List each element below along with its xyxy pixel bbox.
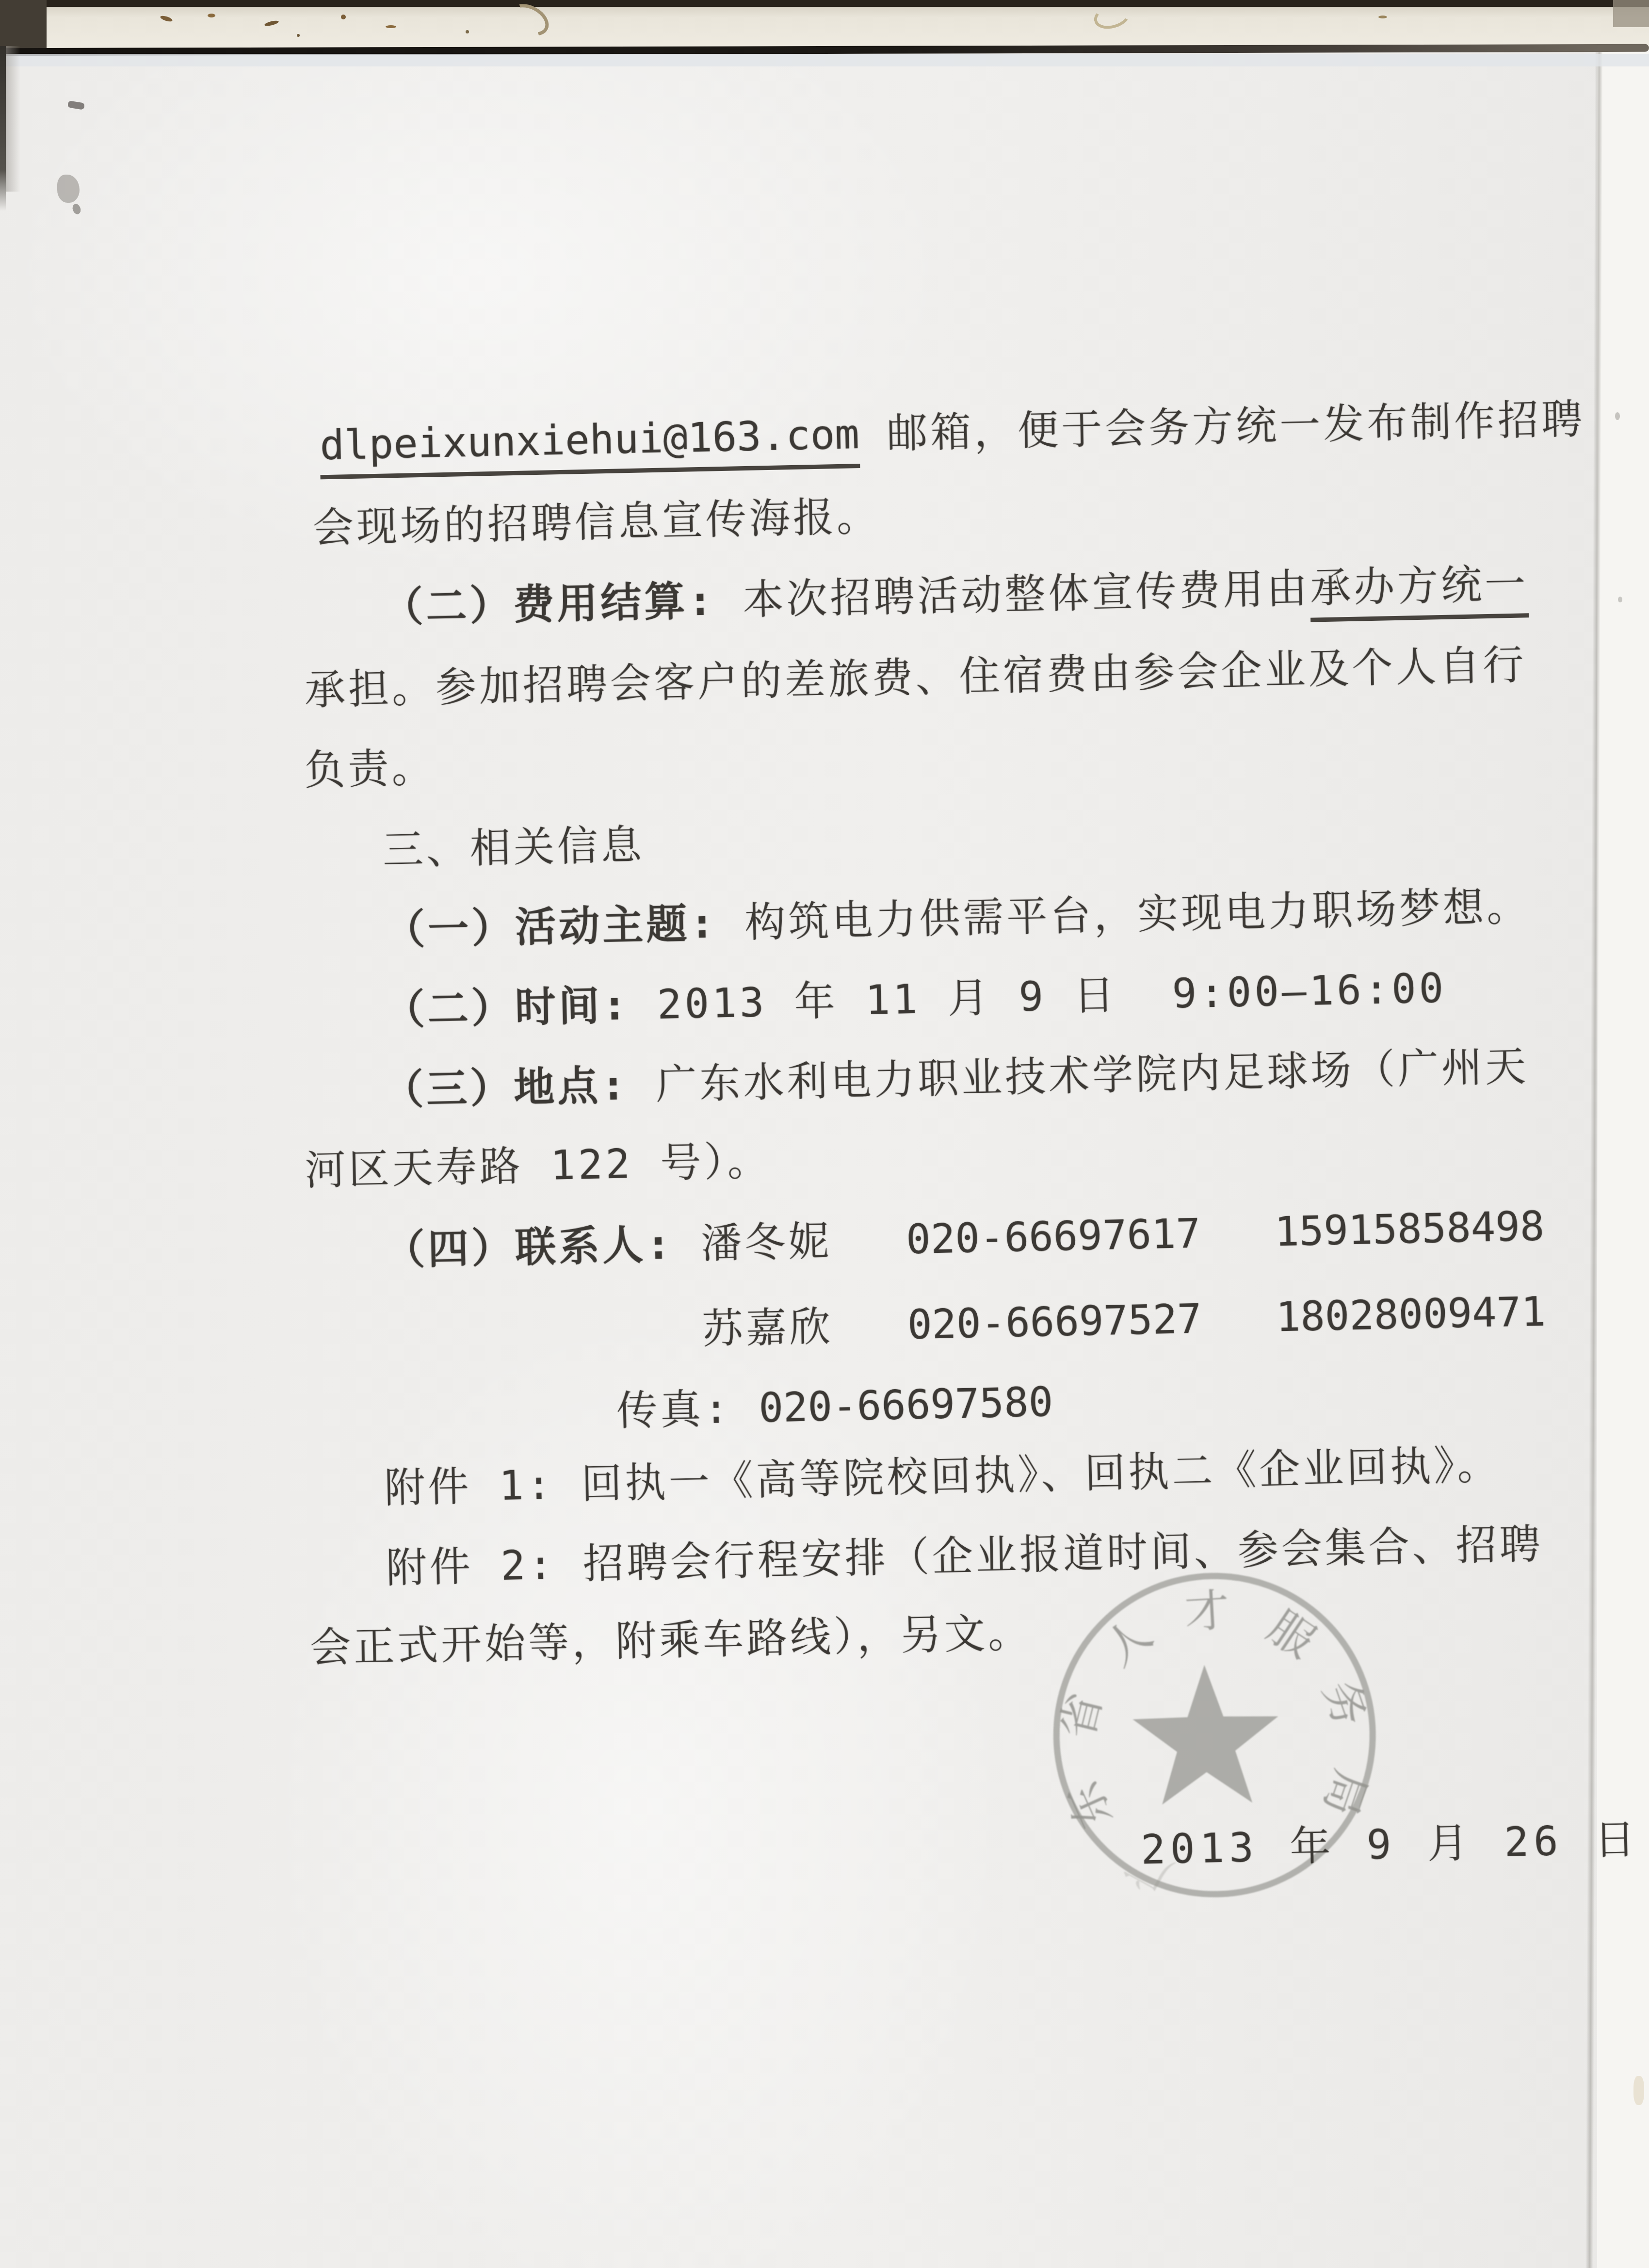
scan-halo-strip — [0, 54, 1649, 66]
paper-blemish — [1633, 2076, 1644, 2105]
scan-debris — [386, 25, 396, 28]
scan-debris — [466, 30, 469, 33]
doc-line: 会正式开始等，附乘车路线），另文。 — [199, 1562, 1033, 1720]
seal-char: 省 — [1052, 1688, 1111, 1744]
scanned-document-page: { "doc": { "lines": [ {"segments": [ {"t… — [0, 0, 1649, 2268]
doc-text: 承担。参加招聘会客户的差旅费、住宿费由参会企业及个人自行 — [304, 641, 1527, 714]
scan-corner-shadow-right — [1613, 0, 1649, 27]
scan-debris — [297, 34, 300, 37]
scan-debris — [341, 15, 346, 19]
scan-debris — [208, 14, 215, 17]
paper-blemish — [1618, 597, 1622, 602]
doc-date: 2013 年 9 月 26 日 — [1014, 1769, 1641, 1923]
seal-char: 才 — [1183, 1586, 1231, 1637]
paper-blemish — [1615, 412, 1620, 420]
document-body: dlpeixunxiehui@163.com 邮箱，便于会务方统一发布制作招聘 … — [165, 343, 1632, 2119]
scan-top-black-bar — [0, 0, 1649, 7]
scanner-lid-strip — [0, 0, 1649, 49]
issue-date: 2013 年 9 月 26 日 — [1140, 1815, 1640, 1874]
scan-left-edge — [0, 46, 6, 211]
event-location: 广东水利电力职业技术学院内足球场（广州天 — [655, 1042, 1529, 1108]
scan-left-edge-shadow — [6, 46, 20, 192]
doc-text: 会正式开始等，附乘车路线），另文。 — [309, 1609, 1032, 1671]
doc-text: 邮箱，便于会务方统一发布制作招聘 — [859, 395, 1585, 457]
scan-debris — [1378, 16, 1387, 18]
